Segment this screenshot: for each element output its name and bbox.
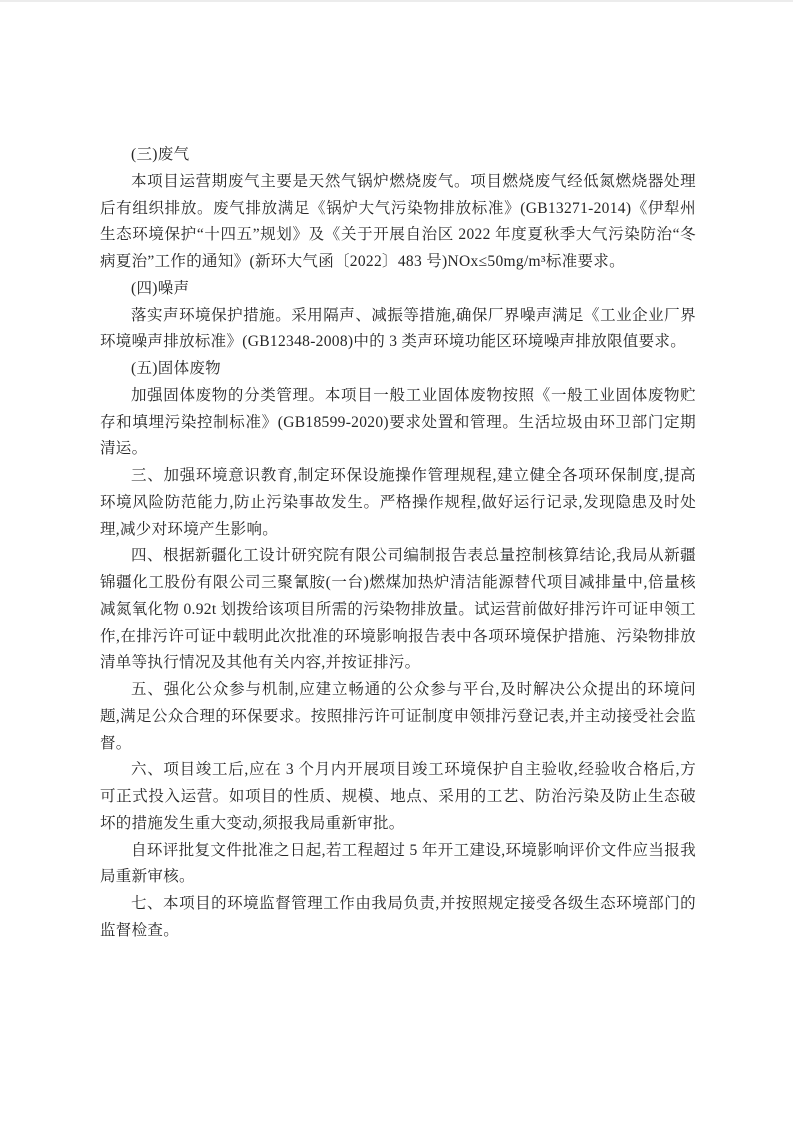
- paragraph-reapproval-after-5-years: 自环评批复文件批准之日起,若工程超过 5 年开工建设,环境影响评价文件应当报我局…: [100, 838, 696, 892]
- paragraph-item-5-public-participation: 五、强化公众参与机制,应建立畅通的公众参与平台,及时解决公众提出的环境问题,满足…: [100, 677, 696, 757]
- section-heading-noise: (四)噪声: [100, 276, 696, 303]
- paragraph-item-6-acceptance: 六、项目竣工后,应在 3 个月内开展项目竣工环境保护自主验收,经验收合格后,方可…: [100, 757, 696, 837]
- paragraph-noise: 落实声环境保护措施。采用隔声、减振等措施,确保厂界噪声满足《工业企业厂界环境噪声…: [100, 303, 696, 357]
- paragraph-item-3-education: 三、加强环境意识教育,制定环保设施操作管理规程,建立健全各项环保制度,提高环境风…: [100, 463, 696, 543]
- document-body: (三)废气 本项目运营期废气主要是天然气锅炉燃烧废气。项目燃烧废气经低氮燃烧器处…: [100, 142, 696, 945]
- section-heading-solid-waste: (五)固体废物: [100, 356, 696, 383]
- section-heading-waste-gas: (三)废气: [100, 142, 696, 169]
- paragraph-item-7-supervision: 七、本项目的环境监督管理工作由我局负责,并按照规定接受各级生态环境部门的监督检查…: [100, 891, 696, 945]
- scan-edge-artifact: [0, 0, 793, 2]
- paragraph-waste-gas: 本项目运营期废气主要是天然气锅炉燃烧废气。项目燃烧废气经低氮燃烧器处理后有组织排…: [100, 169, 696, 276]
- document-page: (三)废气 本项目运营期废气主要是天然气锅炉燃烧废气。项目燃烧废气经低氮燃烧器处…: [0, 0, 793, 1122]
- paragraph-solid-waste: 加强固体废物的分类管理。本项目一般工业固体废物按照《一般工业固体废物贮存和填埋污…: [100, 383, 696, 463]
- paragraph-item-4-total-control: 四、根据新疆化工设计研究院有限公司编制报告表总量控制核算结论,我局从新疆锦疆化工…: [100, 543, 696, 677]
